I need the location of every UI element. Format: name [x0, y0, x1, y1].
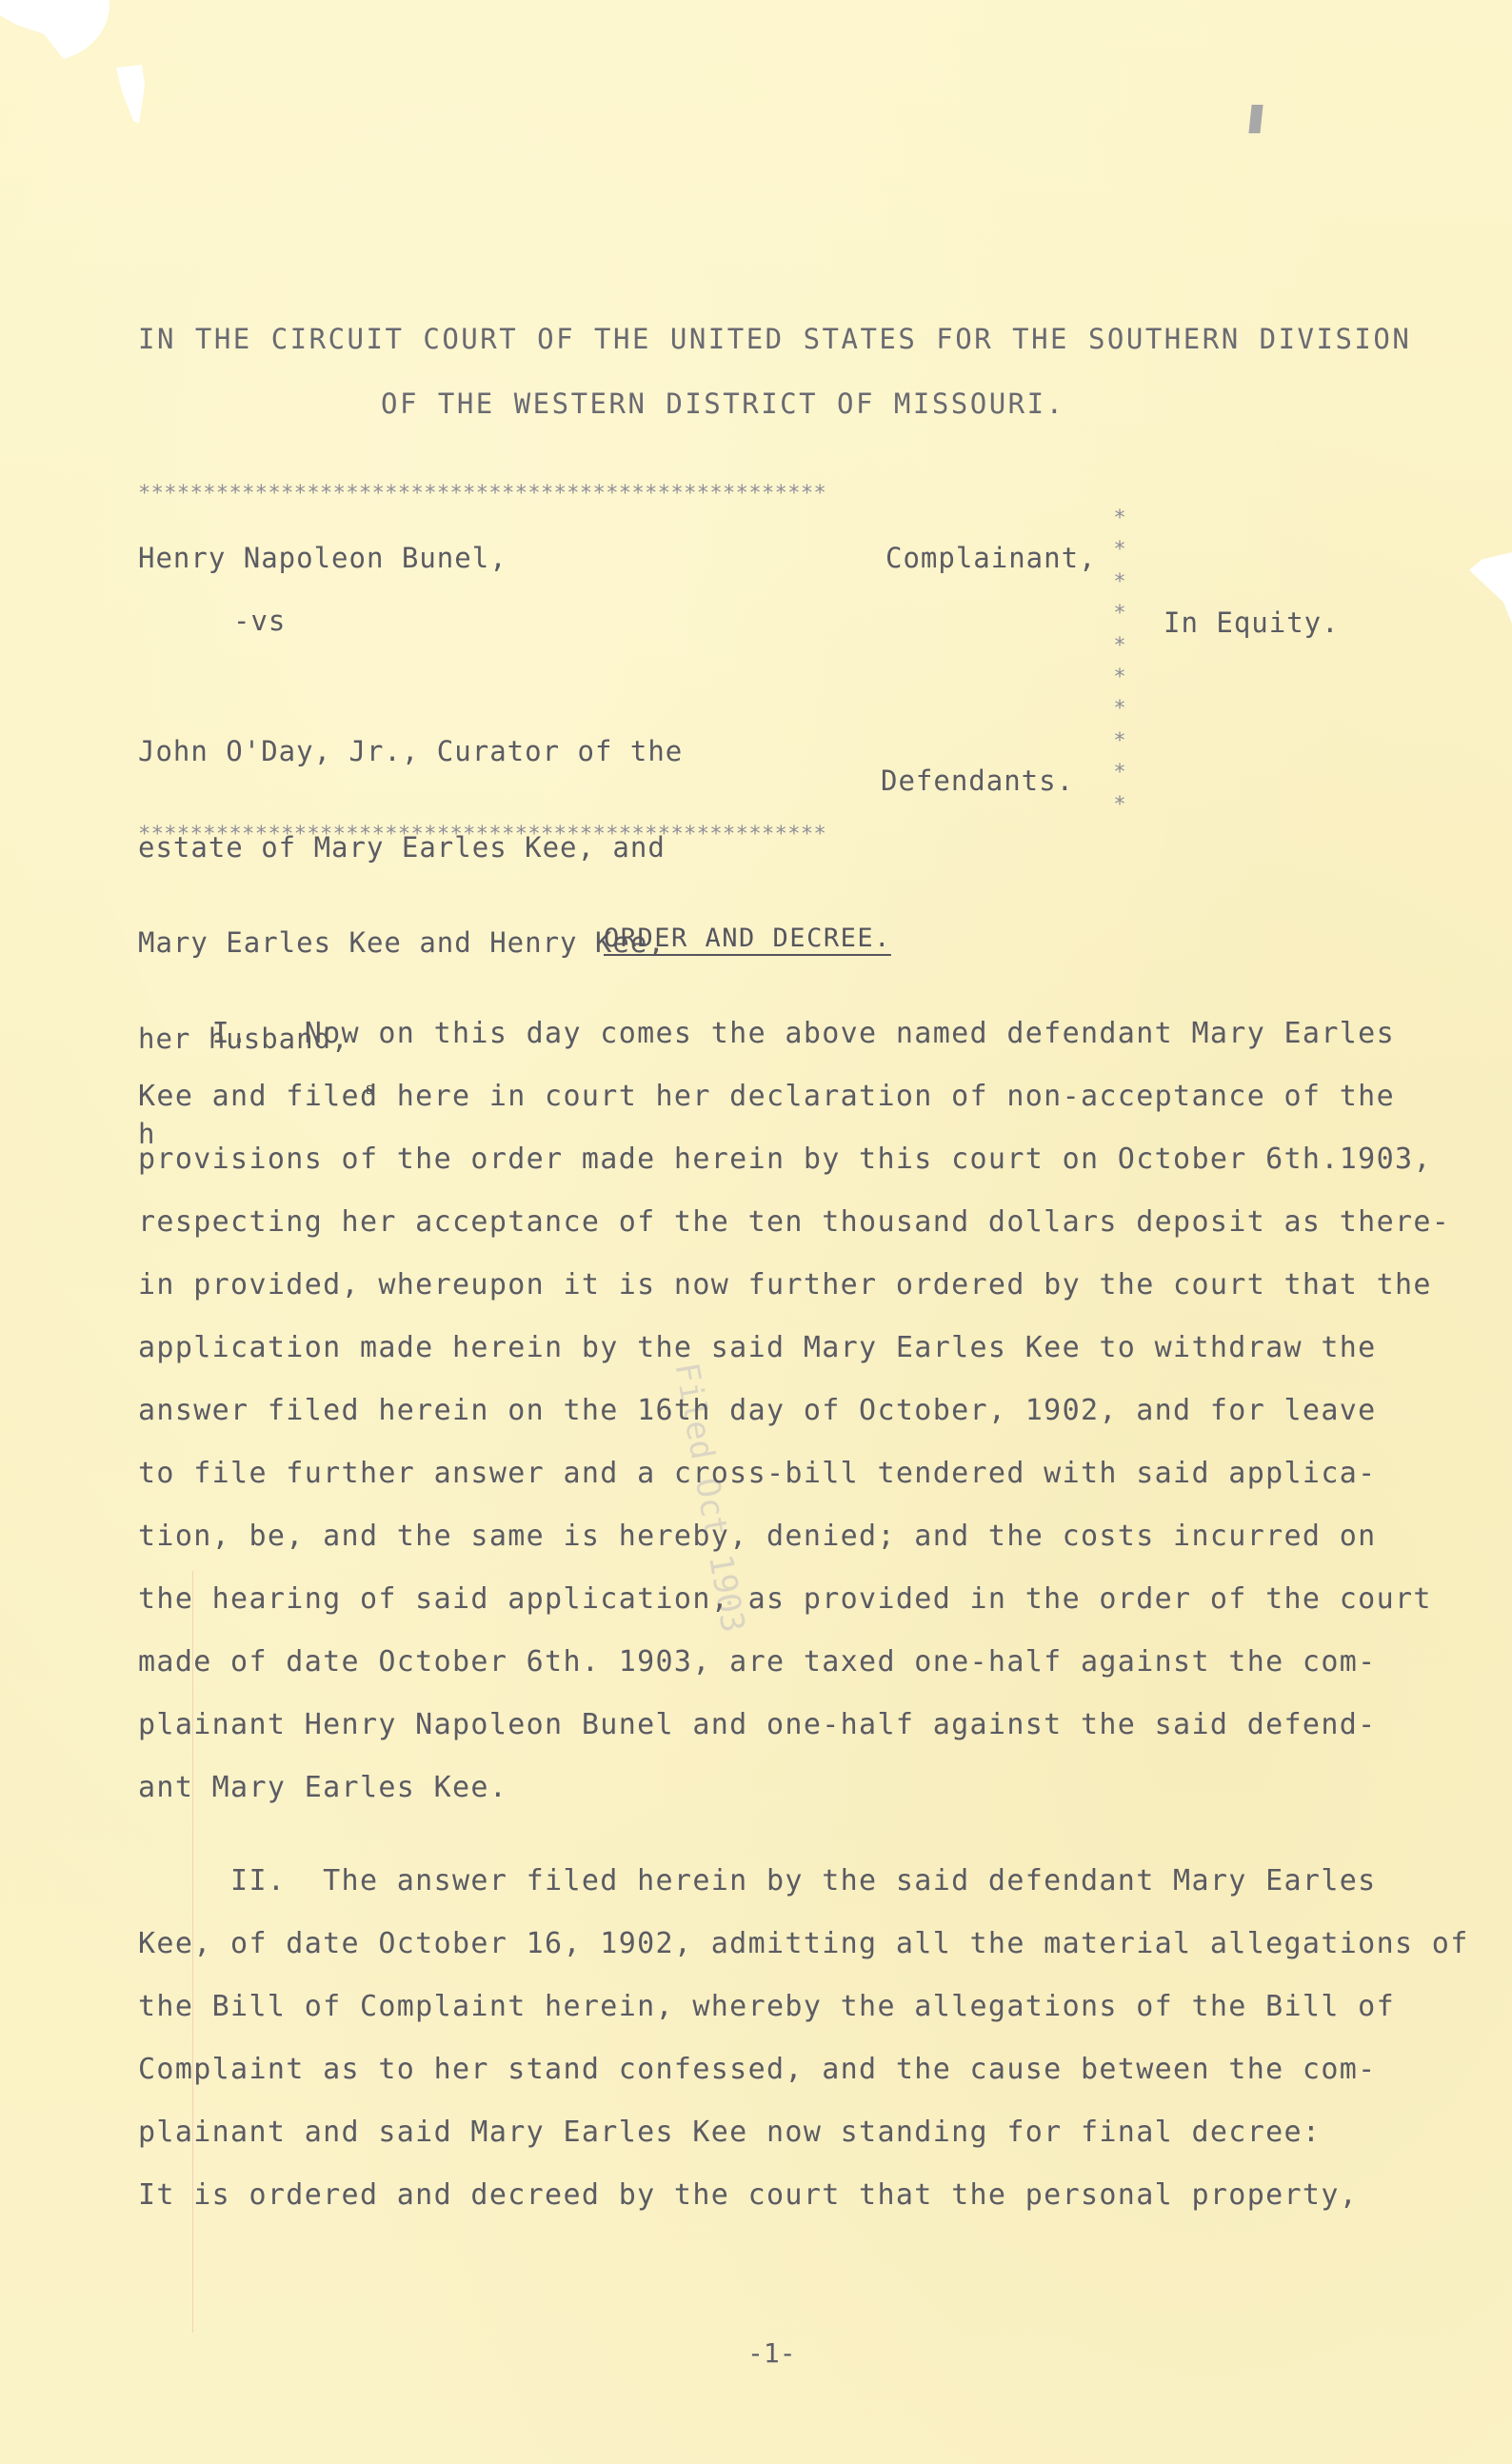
star: * — [1113, 725, 1125, 757]
star: * — [1113, 503, 1125, 534]
complainant-role: Complainant, — [885, 545, 1097, 572]
paragraph-1-line: in provided, whereupon it is now further… — [138, 1268, 1432, 1302]
paragraph-2-line: Kee, of date October 16, 1902, admitting… — [138, 1927, 1469, 1960]
star: * — [1113, 757, 1125, 788]
star: * — [1113, 598, 1125, 629]
paragraph-1-line: answer filed herein on the 16th day of O… — [138, 1394, 1377, 1427]
star: * — [1113, 630, 1125, 662]
paragraph-1-line: ant Mary Earles Kee. — [138, 1771, 507, 1804]
paragraph-1-line: plainant Henry Napoleon Bunel and one-ha… — [138, 1708, 1377, 1741]
paragraph-2-line: the Bill of Complaint herein, whereby th… — [138, 1990, 1395, 2023]
defendant-line: John O'Day, Jr., Curator of the — [138, 736, 683, 768]
paragraph-1-line: I. Now on this day comes the above named… — [138, 1017, 1395, 1050]
star: * — [1113, 662, 1125, 693]
star-column: * * * * * * * * * * — [1110, 503, 1129, 821]
document-title: ORDER AND DECREE. — [604, 924, 891, 953]
jurisdiction-label: In Equity. — [1164, 609, 1340, 637]
defendant-line: Mary Earles Kee and Henry Kee, — [138, 927, 683, 960]
paragraph-1-line: tion, be, and the same is hereby, denied… — [138, 1520, 1377, 1553]
paragraph-1-line: provisions of the order made herein by t… — [138, 1143, 1432, 1176]
star: * — [1113, 534, 1125, 566]
paragraph-1-line: respecting her acceptance of the ten tho… — [138, 1205, 1450, 1239]
star-border-top: ****************************************… — [138, 484, 826, 505]
paragraph-2-line: plainant and said Mary Earles Kee now st… — [138, 2116, 1321, 2149]
paragraph-1-line: to file further answer and a cross-bill … — [138, 1457, 1377, 1490]
star-border-bottom: ****************************************… — [138, 825, 826, 845]
court-heading-line-2: OF THE WESTERN DISTRICT OF MISSOURI. — [381, 390, 1065, 418]
paragraph-2-line: It is ordered and decreed by the court t… — [138, 2178, 1358, 2212]
paragraph-1-line: the hearing of said application, as prov… — [138, 1582, 1432, 1616]
paragraph-1-line: made of date October 6th. 1903, are taxe… — [138, 1645, 1377, 1679]
paragraph-2-line: Complaint as to her stand confessed, and… — [138, 2053, 1377, 2086]
paragraph-2-line: II. The answer filed herein by the said … — [138, 1864, 1377, 1898]
star: * — [1113, 693, 1125, 725]
defendants-role: Defendants. — [881, 767, 1074, 795]
paragraph-1-line: Kee and filed here in court her declarat… — [138, 1080, 1395, 1113]
star: * — [1113, 789, 1125, 821]
page-number: -1- — [747, 2337, 796, 2369]
complainant-name: Henry Napoleon Bunel, — [138, 545, 507, 572]
star: * — [1113, 566, 1125, 598]
versus-label: -vs — [233, 607, 286, 635]
court-heading-line-1: IN THE CIRCUIT COURT OF THE UNITED STATE… — [138, 326, 1411, 353]
paragraph-1-line: application made herein by the said Mary… — [138, 1331, 1377, 1364]
